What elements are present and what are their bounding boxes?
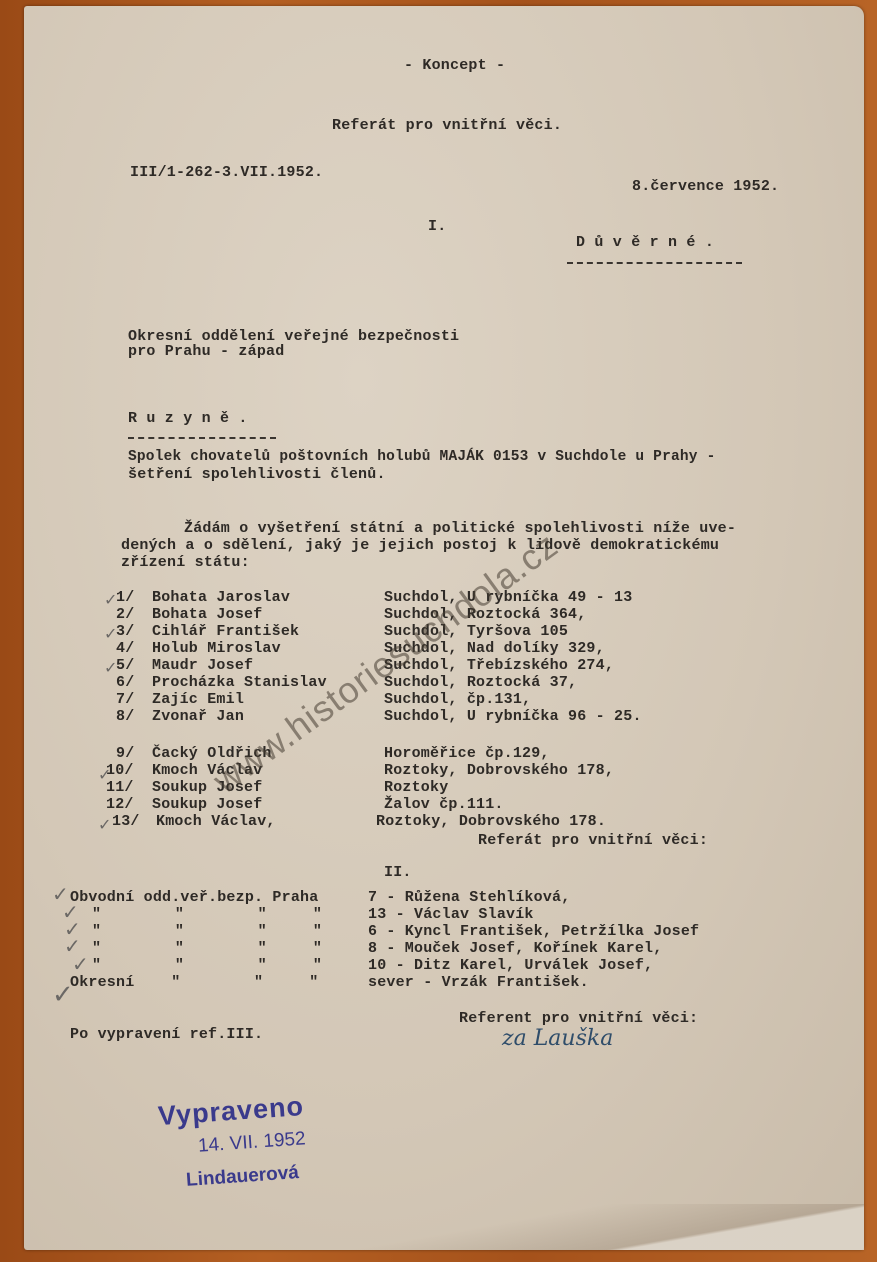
subject-line-2: šetření spolehlivosti členů. bbox=[128, 466, 386, 483]
document-date: 8.července 1952. bbox=[632, 178, 779, 195]
person-address: Suchdol, Roztocká 37, bbox=[384, 674, 577, 691]
person-no: 4/ bbox=[116, 640, 134, 657]
distribution-detail: sever - Vrzák František. bbox=[368, 974, 589, 991]
person-no: 12/ bbox=[106, 796, 134, 813]
person-address: Žalov čp.111. bbox=[384, 796, 504, 813]
handwritten-signature: za Lauška bbox=[502, 1026, 613, 1051]
distribution-prefix: " " " " bbox=[92, 957, 322, 974]
person-name: Maudr Josef bbox=[152, 657, 253, 674]
person-address: Horoměřice čp.129, bbox=[384, 745, 550, 762]
person-no: 3/ bbox=[116, 623, 134, 640]
person-name: Procházka Stanislav bbox=[152, 674, 327, 691]
checkmark-icon: ✓ bbox=[52, 980, 74, 1010]
person-name: Bohata Jaroslav bbox=[152, 589, 290, 606]
person-name: Bohata Josef bbox=[152, 606, 262, 623]
checkmark-icon: ✓ bbox=[98, 765, 111, 784]
signatory-title: Referent pro vnitřní věci: bbox=[459, 1010, 698, 1027]
distribution-detail: 6 - Kyncl František, Petržílka Josef bbox=[368, 923, 699, 940]
section-two-label: II. bbox=[384, 864, 412, 881]
city-underline bbox=[128, 437, 276, 439]
person-no: 5/ bbox=[116, 657, 134, 674]
body-line-2: dených a o sdělení, jaký je jejich posto… bbox=[121, 537, 719, 554]
distribution-prefix: " " " " bbox=[92, 923, 322, 940]
distribution-detail: 13 - Václav Slavík bbox=[368, 906, 534, 923]
person-name: Holub Miroslav bbox=[152, 640, 281, 657]
distribution-detail: 8 - Mouček Josef, Kořínek Karel, bbox=[368, 940, 662, 957]
checkmark-icon: ✓ bbox=[72, 952, 89, 976]
checkmark-icon: ✓ bbox=[104, 624, 117, 643]
distribution-prefix: " " " " bbox=[92, 940, 322, 957]
checkmark-icon: ✓ bbox=[98, 815, 111, 834]
section-one-label: I. bbox=[428, 218, 446, 235]
person-name: Cihlář František bbox=[152, 623, 299, 640]
person-no: 13/ bbox=[112, 813, 140, 830]
page-curl bbox=[264, 1204, 864, 1250]
subject-line-1: Spolek chovatelů poštovních holubů MAJÁK… bbox=[128, 449, 716, 466]
recipient-city: R u z y n ě . bbox=[128, 410, 248, 427]
person-no: 6/ bbox=[116, 674, 134, 691]
classification-confidential: D ů v ě r n é . bbox=[576, 234, 714, 251]
after-dispatch-note: Po vypravení ref.III. bbox=[70, 1026, 263, 1043]
person-name: Zajíc Emil bbox=[152, 691, 244, 708]
person-address: Roztoky, Dobrovského 178, bbox=[384, 762, 614, 779]
person-name: Zvonař Jan bbox=[152, 708, 244, 725]
classification-underline bbox=[567, 262, 742, 264]
person-no: 1/ bbox=[116, 589, 134, 606]
person-address: Roztoky bbox=[384, 779, 448, 796]
body-line-1: Žádám o vyšetření státní a politické spo… bbox=[184, 520, 736, 537]
checkmark-icon: ✓ bbox=[104, 658, 117, 677]
distribution-prefix: Okresní " " " bbox=[70, 974, 318, 991]
person-no: 2/ bbox=[116, 606, 134, 623]
person-address: Suchdol, U rybníčka 96 - 25. bbox=[384, 708, 642, 725]
person-name: Soukup Josef bbox=[152, 796, 262, 813]
person-no: 7/ bbox=[116, 691, 134, 708]
person-address: Roztoky, Dobrovského 178. bbox=[376, 813, 606, 830]
closing-office: Referát pro vnitřní věci: bbox=[478, 832, 708, 849]
distribution-detail: 7 - Růžena Stehlíková, bbox=[368, 889, 570, 906]
distribution-prefix: Obvodní odd.veř.bezp. Praha bbox=[70, 889, 318, 906]
body-line-3: zřízení státu: bbox=[121, 554, 250, 571]
person-name: Kmoch Václav, bbox=[156, 813, 276, 830]
distribution-prefix: " " " " bbox=[92, 906, 322, 923]
distribution-detail: 10 - Ditz Karel, Urválek Josef, bbox=[368, 957, 653, 974]
checkmark-icon: ✓ bbox=[104, 590, 117, 609]
draft-mark: - Koncept - bbox=[404, 57, 505, 74]
recipient-line-2: pro Prahu - západ bbox=[128, 343, 284, 360]
office-title: Referát pro vnitřní věci. bbox=[332, 117, 562, 134]
person-no: 8/ bbox=[116, 708, 134, 725]
person-no: 9/ bbox=[116, 745, 134, 762]
person-address: Suchdol, čp.131, bbox=[384, 691, 531, 708]
reference-number: III/1-262-3.VII.1952. bbox=[130, 164, 323, 181]
